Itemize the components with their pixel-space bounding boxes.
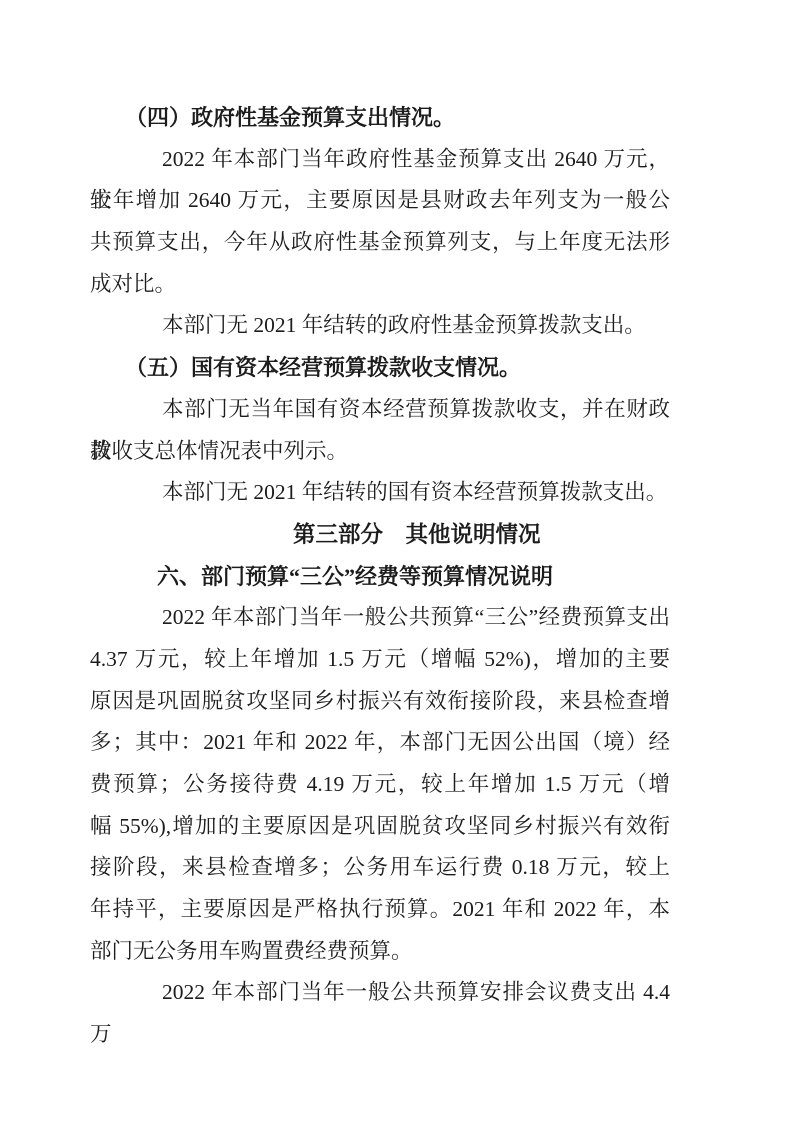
document-page: （四）政府性基金预算支出情况。 2022 年本部门当年政府性基金预算支出 264… [0,0,793,1122]
paragraph-line: 上年增加 2640 万元，主要原因是县财政去年列支为一般公 [90,180,670,222]
paragraph-line: 多；其中：2021 年和 2022 年，本部门无因公出国（境）经 [90,722,670,764]
paragraph-line: 费预算；公务接待费 4.19 万元，较上年增加 1.5 万元（增 [90,764,670,806]
heading-section-5: （五）国有资本经营预算拨款收支情况。 [90,347,670,389]
heading-section-4: （四）政府性基金预算支出情况。 [90,97,670,139]
part-3-title: 第三部分 其他说明情况 [90,514,670,556]
paragraph-line: 部门无公务用车购置费经费预算。 [90,931,670,973]
paragraph-line: 接阶段，来县检查增多；公务用车运行费 0.18 万元，较上 [90,847,670,889]
paragraph-line: 2022 年本部门当年政府性基金预算支出 2640 万元，较 [90,139,670,181]
paragraph-line: 原因是巩固脱贫攻坚同乡村振兴有效衔接阶段，来县检查增 [90,681,670,723]
paragraph-line: 本部门无当年国有资本经营预算拨款收支，并在财政拨 [90,389,670,431]
text-column: （四）政府性基金预算支出情况。 2022 年本部门当年政府性基金预算支出 264… [90,97,670,1014]
paragraph-line: 年持平，主要原因是严格执行预算。2021 年和 2022 年，本 [90,889,670,931]
paragraph-line: 共预算支出，今年从政府性基金预算列支，与上年度无法形 [90,222,670,264]
paragraph-line: 本部门无 2021 年结转的政府性基金预算拨款支出。 [90,305,670,347]
paragraph-line: 本部门无 2021 年结转的国有资本经营预算拨款支出。 [90,472,670,514]
heading-section-6: 六、部门预算“三公”经费等预算情况说明 [90,556,670,598]
paragraph-line: 幅 55%),增加的主要原因是巩固脱贫攻坚同乡村振兴有效衔 [90,806,670,848]
paragraph-line: 2022 年本部门当年一般公共预算“三公”经费预算支出 [90,597,670,639]
paragraph-line: 4.37 万元，较上年增加 1.5 万元（增幅 52%)，增加的主要 [90,639,670,681]
paragraph-line: 款收支总体情况表中列示。 [90,431,670,473]
paragraph-line: 2022 年本部门当年一般公共预算安排会议费支出 4.4 万 [90,972,670,1014]
paragraph-line: 成对比。 [90,264,670,306]
